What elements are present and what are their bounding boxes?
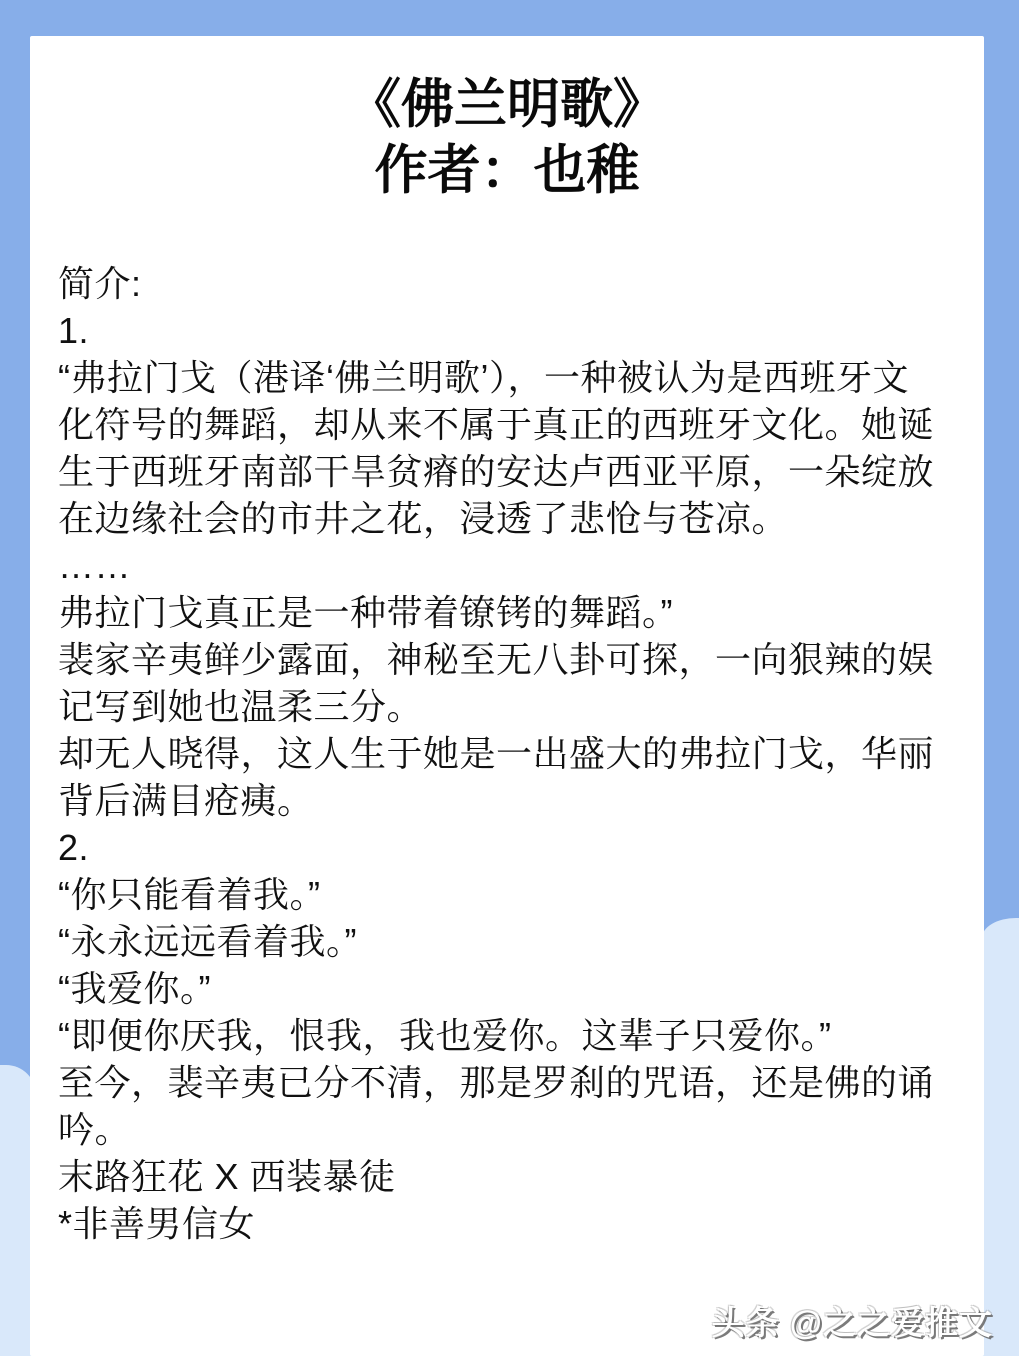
quote-line: “你只能看着我。”	[58, 871, 956, 918]
body-line: “弗拉门戈（港译‘佛兰明歌’），一种被认为是西班牙文	[58, 354, 956, 401]
quote-line: “我爱你。”	[58, 965, 956, 1012]
body-line: 却无人晓得，这人生于她是一出盛大的弗拉门戈，华丽	[58, 730, 956, 777]
body-line: 背后满目疮痍。	[58, 777, 956, 824]
body-line: 弗拉门戈真正是一种带着镣铐的舞蹈。”	[58, 589, 956, 636]
watermark: 头条 @之之爱推文	[712, 1297, 993, 1344]
book-title: 《佛兰明歌》	[58, 72, 956, 138]
section-number-1: 1.	[58, 307, 956, 354]
ellipsis-line: ……	[58, 542, 956, 589]
decorative-lightblue-shape-right	[982, 918, 1019, 1356]
note-tag-line: *非善男信女	[58, 1200, 956, 1247]
body-line: 生于西班牙南部干旱贫瘠的安达卢西亚平原，一朵绽放	[58, 448, 956, 495]
synopsis-label: 简介:	[58, 260, 956, 307]
book-author: 作者：也稚	[58, 138, 956, 204]
synopsis-text: 简介: 1. “弗拉门戈（港译‘佛兰明歌’），一种被认为是西班牙文 化符号的舞蹈…	[58, 260, 956, 1247]
body-line: 在边缘社会的市井之花，浸透了悲怆与苍凉。	[58, 495, 956, 542]
quote-line: “永永远远看着我。”	[58, 918, 956, 965]
content-card: 《佛兰明歌》 作者：也稚 简介: 1. “弗拉门戈（港译‘佛兰明歌’），一种被认…	[30, 36, 984, 1356]
book-title-block: 《佛兰明歌》 作者：也稚	[58, 72, 956, 204]
section-number-2: 2.	[58, 824, 956, 871]
post-card-frame: 《佛兰明歌》 作者：也稚 简介: 1. “弗拉门戈（港译‘佛兰明歌’），一种被认…	[0, 0, 1019, 1356]
body-line: 至今，裴辛夷已分不清，那是罗刹的咒语，还是佛的诵	[58, 1059, 956, 1106]
pairing-tag-line: 末路狂花 X 西装暴徒	[58, 1153, 956, 1200]
body-line: 记写到她也温柔三分。	[58, 683, 956, 730]
body-line: 吟。	[58, 1106, 956, 1153]
quote-line: “即便你厌我，恨我，我也爱你。这辈子只爱你。”	[58, 1012, 956, 1059]
body-line: 化符号的舞蹈，却从来不属于真正的西班牙文化。她诞	[58, 401, 956, 448]
body-line: 裴家辛夷鲜少露面，神秘至无八卦可探，一向狠辣的娱	[58, 636, 956, 683]
